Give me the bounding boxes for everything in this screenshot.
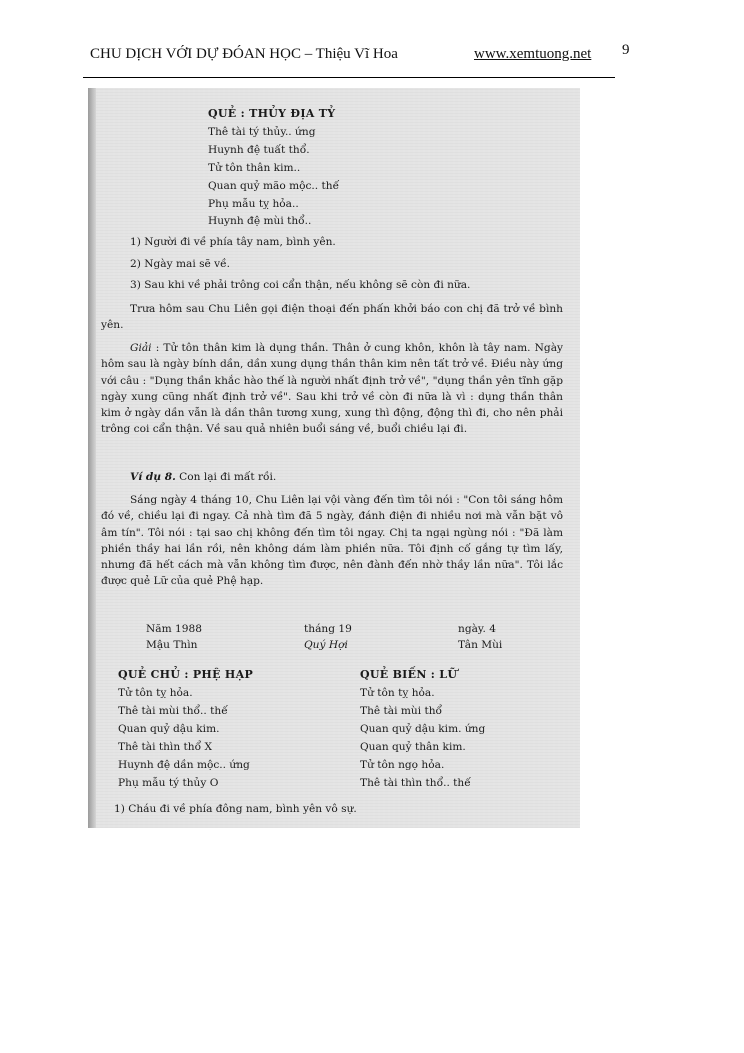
hexagram-line: Quan quỷ mão mộc.. thế: [208, 180, 339, 192]
paragraph-result: Trưa hôm sau Chu Liên gọi điện thoại đến…: [101, 301, 563, 334]
date-month: tháng 19: [304, 623, 352, 635]
que-thuy-dia-ty-heading: QUẺ : THỦY ĐỊA TỶ: [208, 107, 335, 120]
page-header: CHU DỊCH VỚI DỰ ĐÓAN HỌC – Thiệu Vĩ Hoa …: [90, 44, 650, 70]
que-bien-line: Tử tôn ngọ hỏa.: [360, 759, 444, 771]
hexagram-line: Thê tài tý thủy.. ứng: [208, 126, 315, 138]
que-bien-heading: QUẺ BIẾN : LỮ: [360, 668, 457, 681]
que-bien-line: Thê tài thìn thổ.. thế: [360, 777, 471, 789]
final-prediction: 1) Cháu đi về phía đông nam, bình yên vô…: [114, 803, 357, 815]
example-heading: Ví dụ 8. Con lại đi mất rồi.: [130, 471, 276, 483]
example-title: Con lại đi mất rồi.: [176, 471, 277, 483]
header-rule: [83, 77, 615, 78]
hexagram-line: Phụ mẫu tỵ hỏa..: [208, 198, 299, 210]
prediction-item: 3) Sau khi về phải trông coi cẩn thận, n…: [130, 279, 470, 291]
que-chu-heading: QUẺ CHỦ : PHỆ HẠP: [118, 668, 253, 681]
date-year-can-chi: Mậu Thìn: [146, 639, 197, 651]
scanned-page: QUẺ : THỦY ĐỊA TỶ Thê tài tý thủy.. ứng …: [88, 88, 580, 828]
website-link[interactable]: www.xemtuong.net: [474, 46, 591, 63]
hexagram-line: Huynh đệ tuất thổ.: [208, 144, 310, 156]
prediction-item: 1) Người đi về phía tây nam, bình yên.: [130, 236, 336, 248]
date-year: Năm 1988: [146, 623, 202, 635]
que-bien-line: Quan quỷ dậu kim. ứng: [360, 723, 485, 735]
que-chu-line: Quan quỷ dậu kim.: [118, 723, 219, 735]
paragraph-giai: Giải : Tử tôn thân kim là dụng thần. Thâ…: [101, 340, 563, 438]
scan-edge-shadow: [88, 88, 96, 828]
prediction-item: 2) Ngày mai sẽ về.: [130, 258, 230, 270]
que-chu-line: Thê tài mùi thổ.. thế: [118, 705, 228, 717]
date-day: ngày. 4: [458, 623, 496, 635]
que-chu-line: Phụ mẫu tý thủy O: [118, 777, 218, 789]
que-chu-line: Tử tôn tỵ hỏa.: [118, 687, 193, 699]
date-month-can-chi: Quý Hợi: [304, 639, 348, 651]
que-bien-line: Quan quỷ thân kim.: [360, 741, 466, 753]
date-day-can-chi: Tân Mùi: [458, 639, 502, 651]
que-chu-line: Thê tài thìn thổ X: [118, 741, 212, 753]
page-number: 9: [622, 42, 630, 59]
paragraph-example: Sáng ngày 4 tháng 10, Chu Liên lại vội v…: [101, 492, 563, 590]
hexagram-line: Huynh đệ mùi thổ..: [208, 215, 311, 227]
giai-text: : Tử tôn thân kim là dụng thần. Thân ở c…: [101, 342, 563, 435]
que-bien-line: Tử tôn tỵ hỏa.: [360, 687, 435, 699]
book-title: CHU DỊCH VỚI DỰ ĐÓAN HỌC – Thiệu Vĩ Hoa: [90, 46, 398, 63]
que-chu-line: Huynh đệ dần mộc.. ứng: [118, 759, 250, 771]
hexagram-line: Tử tôn thân kim..: [208, 162, 300, 174]
que-bien-line: Thê tài mùi thổ: [360, 705, 442, 717]
giai-label: Giải: [130, 342, 152, 354]
example-label: Ví dụ 8.: [130, 471, 176, 483]
